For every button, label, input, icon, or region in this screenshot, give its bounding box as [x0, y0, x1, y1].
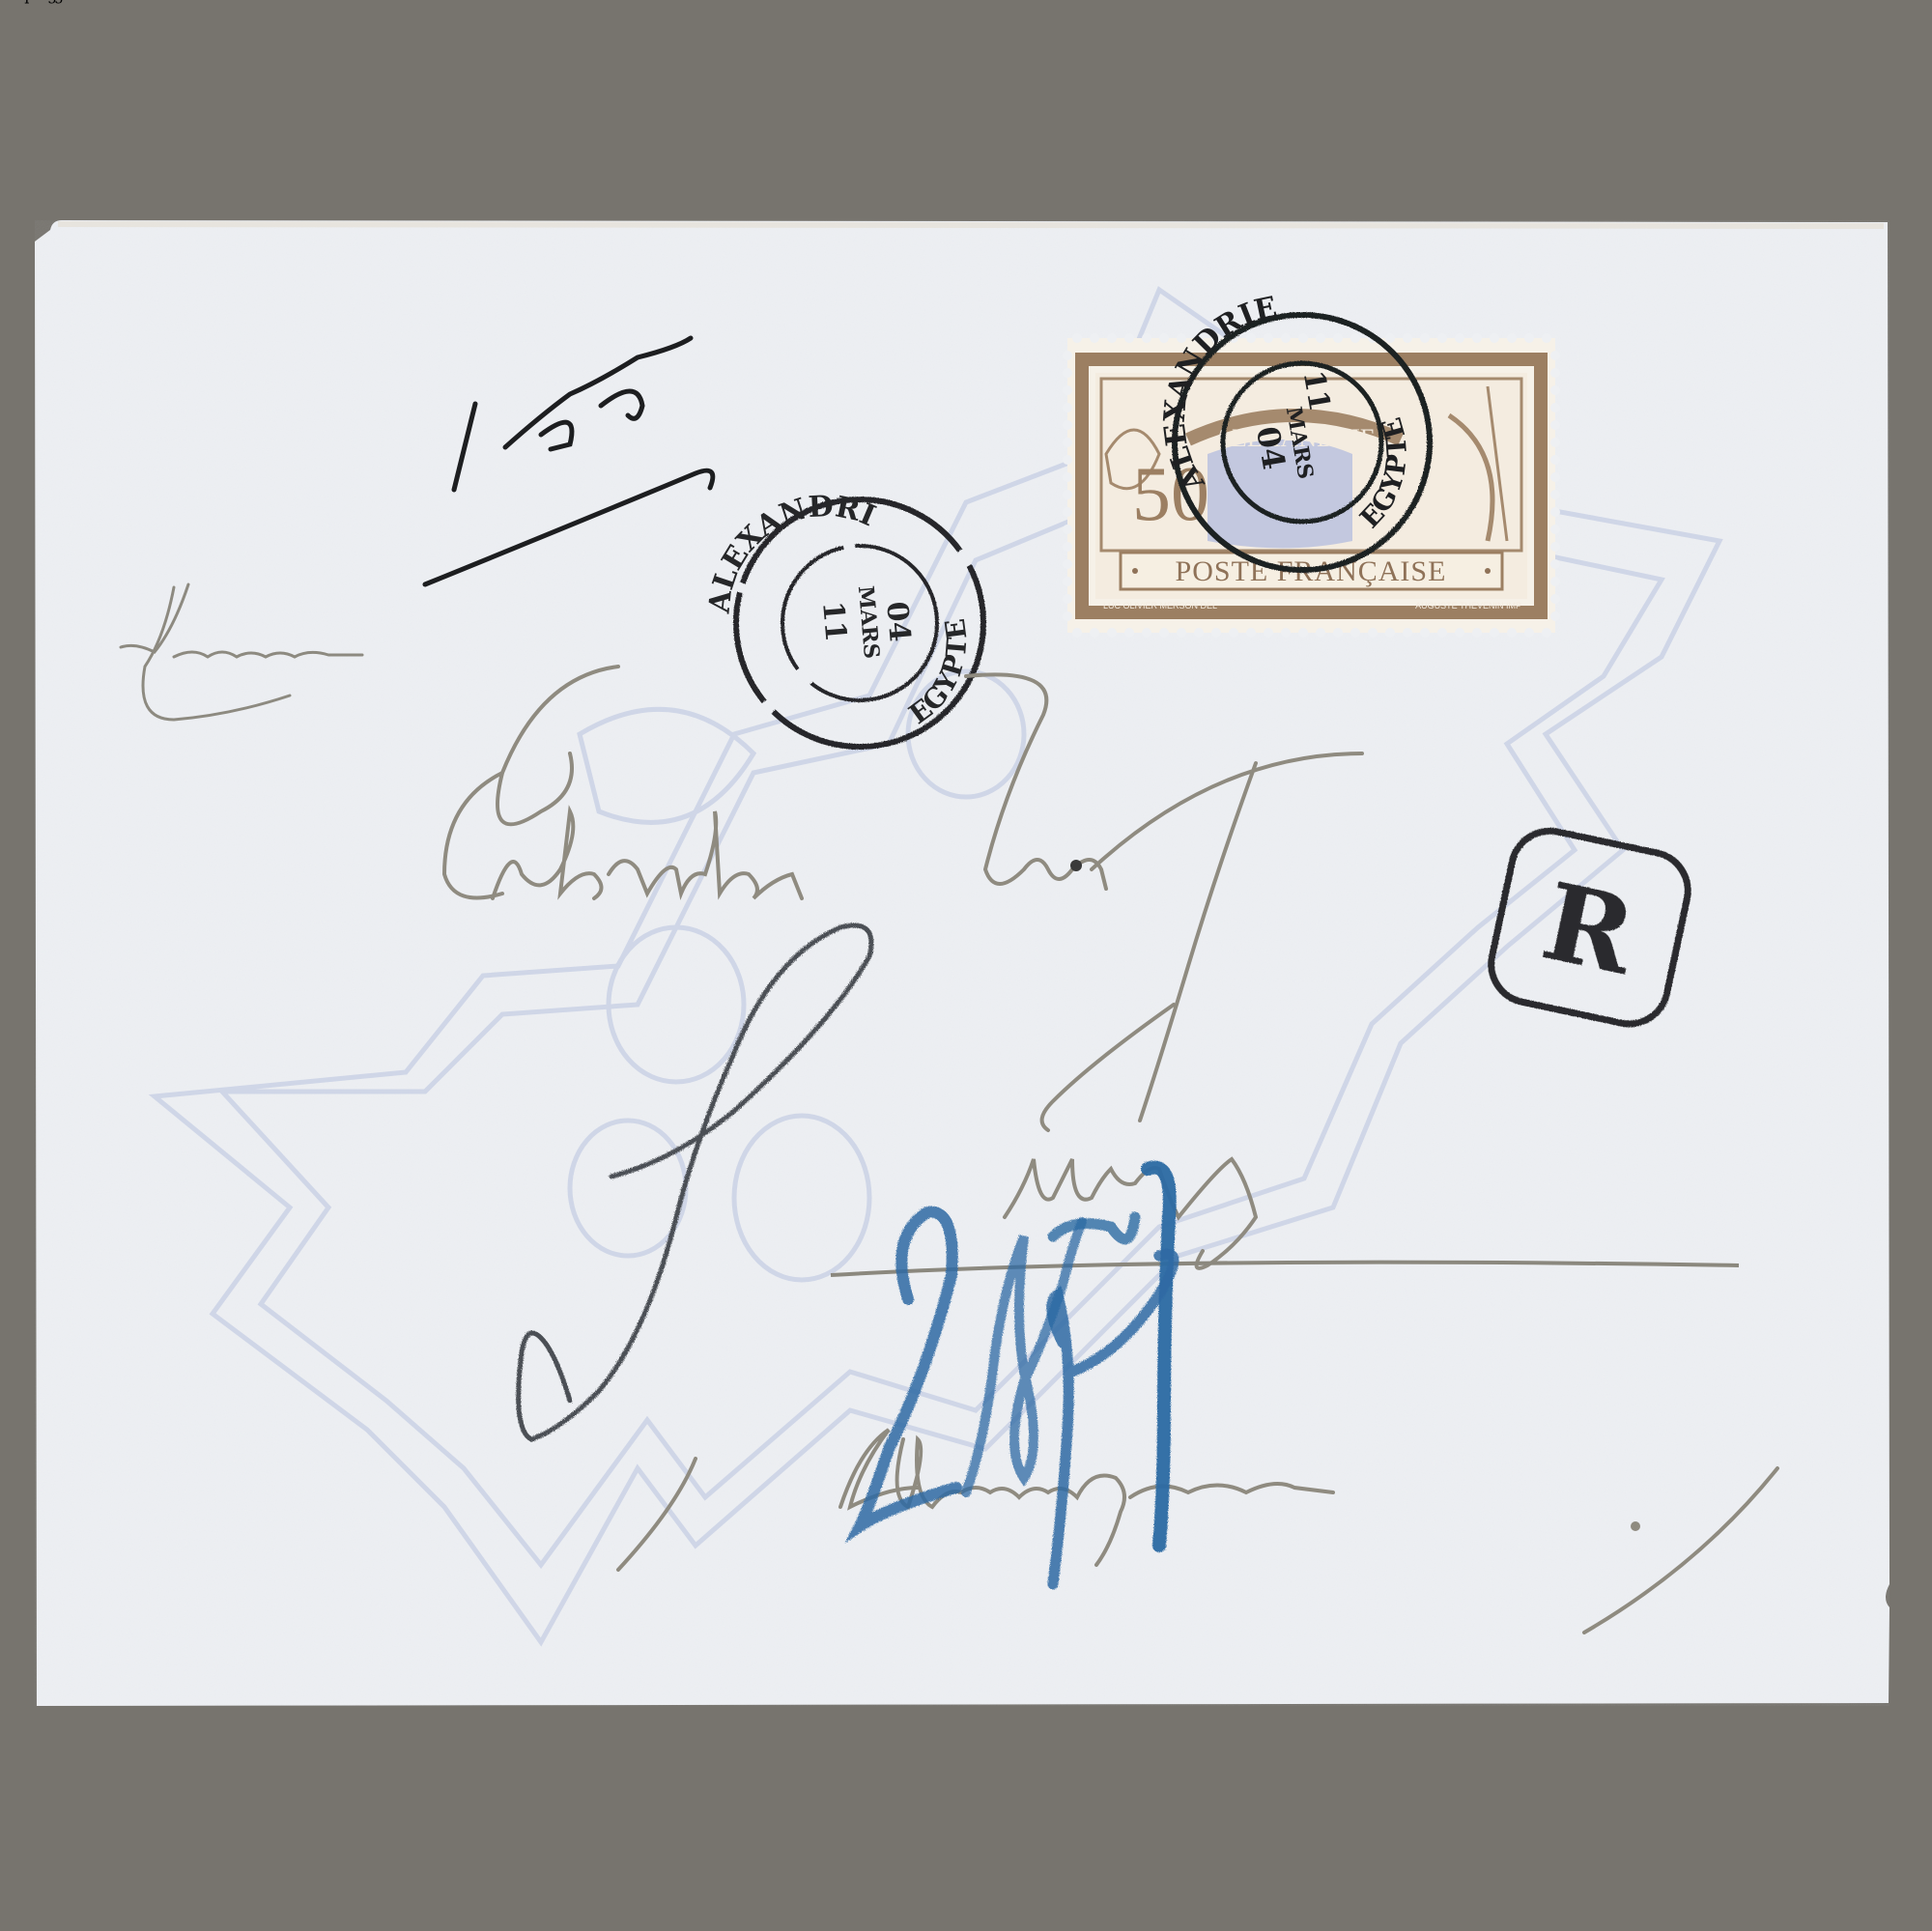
ink-blot	[1070, 860, 1082, 871]
postal-cover-scene: ALEXANDRIE 50 POSTE FRANÇAISE LUC OLIVIE…	[0, 0, 1932, 1931]
cover-postmark-year: 04	[879, 600, 917, 643]
cover-postmark-day: 11	[815, 600, 853, 643]
stamp-designer-imprint: LUC OLIVIER MERSON DEL	[1103, 601, 1217, 611]
stamp-printer-imprint: AUGUSTE THEVENIN IMP	[1415, 601, 1521, 611]
postmark-year: 04	[1249, 424, 1293, 472]
blue-crayon-number-text: 2871	[0, 0, 40, 4]
